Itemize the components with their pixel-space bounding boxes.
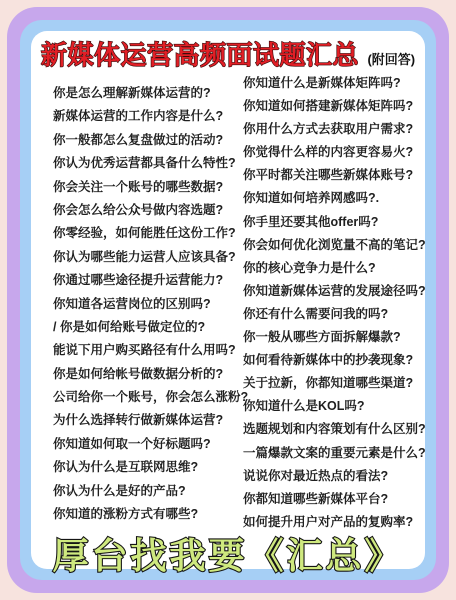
purple-frame: 新媒体运营高频面试题汇总 (附回答) 你是怎么理解新媒体运营的?新媒体运营的工作… <box>7 7 449 593</box>
question-item: 说说你对最近热点的看法? <box>243 465 426 488</box>
question-item: 你认为什么是互联网思维? <box>53 456 248 479</box>
question-item: 你认为什么是好的产品? <box>53 480 248 503</box>
question-item: 你会怎么给公众号做内容选题? <box>53 199 248 222</box>
question-item: 你还有什么需要问我的吗? <box>243 303 426 326</box>
question-item: 你认为哪些能力运营人应该具备? <box>53 246 248 269</box>
question-item: 为什么选择转行做新媒体运营? <box>53 409 248 432</box>
question-item: 你都知道哪些新媒体平台? <box>243 488 426 511</box>
question-item: 你一般从哪些方面拆解爆款? <box>243 326 426 349</box>
question-item: 新媒体运营的工作内容是什么? <box>53 105 248 128</box>
footer-callout: 厚台找我要《汇总》 <box>31 528 425 579</box>
question-column-right: 你知道什么是新媒体矩阵吗?你知道如何搭建新媒体矩阵吗?你用什么方式去获取用户需求… <box>243 72 426 534</box>
question-item: 公司给你一个账号，你会怎么涨粉? <box>53 386 248 409</box>
question-item: 你平时都关注哪些新媒体账号? <box>243 164 426 187</box>
question-item: 你知道什么是新媒体矩阵吗? <box>243 72 426 95</box>
question-item: 你会如何优化浏览量不高的笔记? <box>243 234 426 257</box>
question-item: 一篇爆款文案的重要元素是什么? <box>243 442 426 465</box>
question-item: 你知道如何搭建新媒体矩阵吗? <box>243 95 426 118</box>
question-item: 选题规划和内容策划有什么区别? <box>243 418 426 441</box>
question-item: 如何看待新媒体中的抄袭现象? <box>243 349 426 372</box>
question-item: 你知道如何培养网感吗?. <box>243 187 426 210</box>
question-column-left: 你是怎么理解新媒体运营的?新媒体运营的工作内容是什么?你一般都怎么复盘做过的活动… <box>53 82 248 526</box>
question-item: 你知道新媒体运营的发展途径吗? <box>243 280 426 303</box>
question-item: 能说下用户购买路径有什么用吗? <box>53 339 248 362</box>
question-item: 你认为优秀运营都具备什么特性? <box>53 152 248 175</box>
content-card: 新媒体运营高频面试题汇总 (附回答) 你是怎么理解新媒体运营的?新媒体运营的工作… <box>31 31 425 569</box>
question-item: 你是怎么理解新媒体运营的? <box>53 82 248 105</box>
question-item: 你通过哪些途径提升运营能力? <box>53 269 248 292</box>
question-item: 你知道各运营岗位的区别吗? <box>53 293 248 316</box>
poster: 新媒体运营高频面试题汇总 (附回答) 你是怎么理解新媒体运营的?新媒体运营的工作… <box>0 0 456 600</box>
question-item: 你手里还要其他offer吗? <box>243 211 426 234</box>
question-item: 你会关注一个账号的哪些数据? <box>53 176 248 199</box>
question-item: 你是如何给帐号做数据分析的? <box>53 363 248 386</box>
question-item: 你的核心竞争力是什么? <box>243 257 426 280</box>
question-item: / 你是如何给账号做定位的? <box>53 316 248 339</box>
title-suffix: (附回答) <box>367 52 415 67</box>
page-title: 新媒体运营高频面试题汇总 <box>41 40 359 70</box>
question-item: 你用什么方式去获取用户需求? <box>243 118 426 141</box>
question-item: 你知道如何取一个好标题吗? <box>53 433 248 456</box>
question-item: 你知道什么是KOL吗? <box>243 395 426 418</box>
question-item: 你知道的涨粉方式有哪些? <box>53 503 248 526</box>
title-row: 新媒体运营高频面试题汇总 (附回答) <box>41 35 415 72</box>
question-item: 你零经验，如何能胜任这份工作? <box>53 222 248 245</box>
question-item: 关于拉新，你都知道哪些渠道? <box>243 372 426 395</box>
question-item: 你一般都怎么复盘做过的活动? <box>53 129 248 152</box>
blue-frame: 新媒体运营高频面试题汇总 (附回答) 你是怎么理解新媒体运营的?新媒体运营的工作… <box>20 20 436 580</box>
question-item: 你觉得什么样的内容更容易火? <box>243 141 426 164</box>
